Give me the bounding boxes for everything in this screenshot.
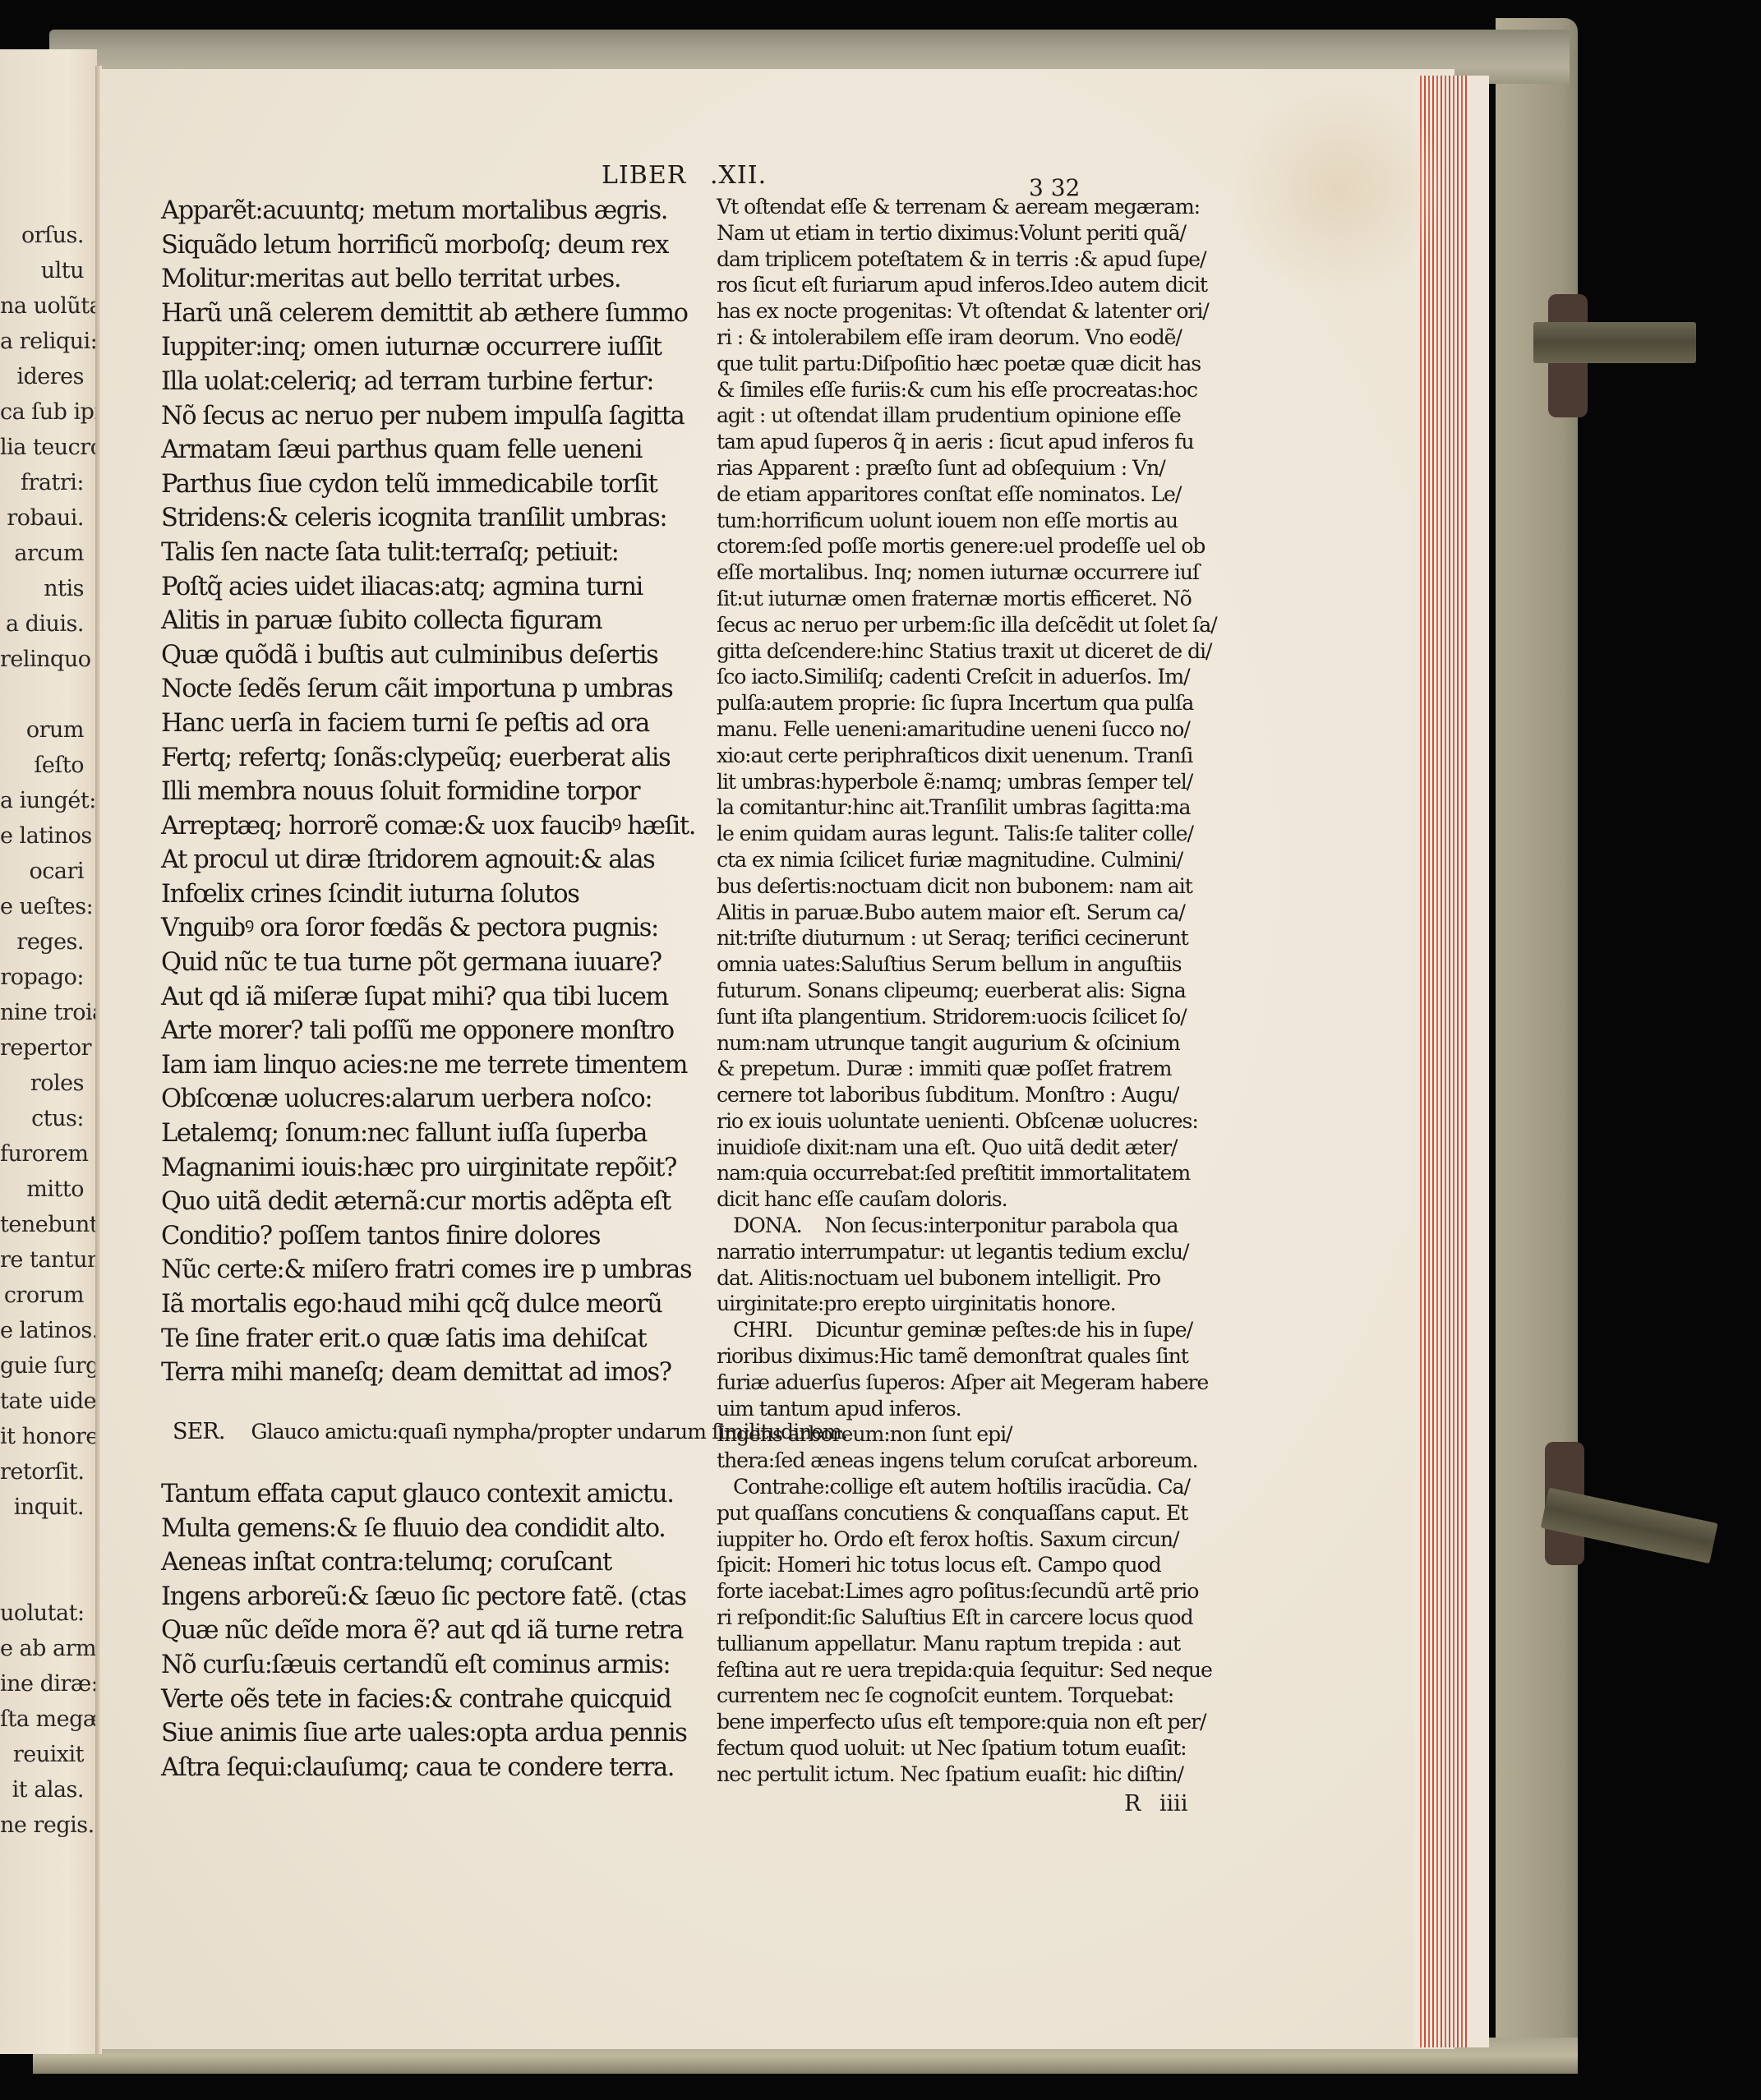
commentary-line: de etiam apparitores conſtat eſſe nomina… (717, 481, 1210, 508)
left-facing-page: orſus.ultuna uolũtasa reliqui:ideresca ſ… (0, 49, 97, 2054)
commentary-line: agit : ut oſtendat illam prudentium opin… (717, 403, 1210, 429)
verse-line: Arte morer? tali poſſũ me opponere monſt… (161, 1014, 720, 1048)
left-page-line-fragment: a reliqui: (0, 324, 97, 359)
left-page-line-fragment: ntis (0, 571, 97, 606)
verse-line: Quæ nũc deĩde mora ẽ? aut qd iã turne re… (161, 1614, 720, 1648)
signature-mark: R iiii (1124, 1791, 1187, 1817)
commentary-line: dicit hanc eſſe cauſam doloris. (717, 1186, 1210, 1213)
verse-line: Apparẽt:acuuntq; metum mortalibus ægris. (161, 194, 720, 228)
commentary-line: xio:aut certe periphraſticos dixit uenen… (717, 743, 1210, 769)
left-page-line-fragment: arcum (0, 536, 97, 571)
left-page-line-fragment: guie ſurget (0, 1348, 97, 1384)
donatus-line: narratio interrumpatur: ut legantis tedi… (717, 1239, 1210, 1265)
verse-line: Multa gemens:& ſe fluuio dea condidit al… (161, 1512, 720, 1546)
commentary-line: futurum. Sonans clipeumq; euerberat alis… (717, 978, 1210, 1004)
left-page-line-fragment: repertor (0, 1030, 97, 1066)
left-page-line-fragment: uolutat: (0, 1596, 97, 1631)
commentary-lines-after-servius: Ingens arboreum:non ſunt epi/thera:ſed æ… (717, 1421, 1210, 1787)
commentary-line: ri : & intolerabilem eſſe iram deorum. V… (717, 325, 1210, 351)
verse-line: Nõ curſu:ſæuis certandũ eſt cominus armi… (161, 1648, 720, 1683)
commentary-line: le enim quidam auras legunt. Talis:ſe ta… (717, 821, 1210, 847)
left-page-line-fragment: mitto (0, 1172, 97, 1207)
verse-line: Nocte ſedẽs ſerum cãit importuna p umbra… (161, 672, 720, 707)
commentary-line: inuidioſe dixit:nam una eſt. Quo uitã de… (717, 1135, 1210, 1161)
verse-line: Arreptæq; horrorẽ comæ:& uox faucibꝰ hæſ… (161, 809, 720, 844)
left-page-line-fragment: ocari (0, 854, 97, 889)
commentary-line: gitta deſcendere:hinc Statius traxit ut … (717, 638, 1210, 665)
verse-line: Alitis in paruæ ſubito collecta figuram (161, 604, 720, 638)
left-page-line-fragment: tenebunt: (0, 1207, 97, 1242)
commentary-line: pulſa:autem proprie: ſic ſupra Incertum … (717, 690, 1210, 716)
left-page-line-fragment: e ab armis. (0, 1631, 97, 1666)
left-page-line-fragment: orum (0, 712, 97, 748)
verse-line: Quo uitã dedit æternã:cur mortis adẽpta … (161, 1185, 720, 1219)
commentary-line: ſpicit: Homeri hic totus locus eſt. Camp… (717, 1552, 1210, 1578)
christophorus-line: furiæ aduerſus ſuperos: Aſper ait Megera… (717, 1370, 1210, 1396)
commentary-line: cta ex nimia ſcilicet furiæ magnitudine.… (717, 847, 1210, 873)
commentary-line: iuppiter ho. Ordo eſt ferox hoſtis. Saxu… (717, 1527, 1210, 1553)
left-page-line-fragment (0, 1560, 97, 1596)
commentary-line: bus deſertis:noctuam dicit non bubonem: … (717, 873, 1210, 900)
verse-line: Aeneas inſtat contra:telumq; coruſcant (161, 1545, 720, 1580)
commentary-line: ſit:ut iuturnæ omen fraternæ mortis effi… (717, 586, 1210, 612)
left-page-line-fragment: it alas. (0, 1772, 97, 1808)
clasp-icon-upper (1533, 322, 1696, 363)
verse-line: Iam iam linquo acies:ne me terrete timen… (161, 1048, 720, 1083)
left-page-line-fragment: ine diræ: (0, 1666, 97, 1702)
verse-line: Aſtra ſequi:clauſumq; caua te condere te… (161, 1751, 720, 1785)
commentary-line: fectum quod uoluit: ut Nec ſpatium totum… (717, 1735, 1210, 1762)
left-page-line-fragment: nine troia. (0, 995, 97, 1030)
verse-line: Parthus ſiue cydon telũ immedicabile tor… (161, 467, 720, 502)
verse-line: Illa uolat:celeriq; ad terram turbine fe… (161, 365, 720, 399)
commentary-line: ctorem:ſed poſſe mortis genere:uel prode… (717, 533, 1210, 560)
verse-line: At procul ut diræ ſtridorem agnouit:& al… (161, 843, 720, 877)
verse-line: Obſcœnæ uolucres:alarum uerbera noſco: (161, 1082, 720, 1117)
commentary-line: tullianum appellatur. Manu raptum trepid… (717, 1631, 1210, 1657)
christophorus-note-first-line: CHRI. Dicuntur geminæ peſtes:de his in ſ… (717, 1317, 1210, 1343)
commentary-line: eſſe mortalibus. Inq; nomen iuturnæ occu… (717, 560, 1210, 586)
commentary-line: forte iacebat:Limes agro poſitus:ſecundũ… (717, 1578, 1210, 1605)
left-page-line-fragment: ctus: (0, 1101, 97, 1136)
running-head-liber: LIBER (602, 161, 686, 190)
commentary-line: ſco iacto.Similiſq; cadenti Creſcit in a… (717, 664, 1210, 690)
left-page-line-fragment: roles (0, 1066, 97, 1101)
verse-line: Letalemq; ſonum:nec fallunt iuſſa ſuperb… (161, 1117, 720, 1151)
verse-line: Aut qd iã miſeræ ſupat mihi? qua tibi lu… (161, 980, 720, 1015)
commentary-line: tum:horrificum uolunt iouem non eſſe mor… (717, 508, 1210, 534)
commentary-line: feſtina aut re uera trepida:quia ſequitu… (717, 1657, 1210, 1683)
commentary-line: nec pertulit ictum. Nec ſpatium euaſit: … (717, 1762, 1210, 1788)
left-page-line-fragment: e ueſtes: (0, 889, 97, 924)
verse-line: Quæ quõdã i buſtis aut culminibus deſert… (161, 638, 720, 673)
verse-line: Siquãdo letum horrificũ morboſq; deum re… (161, 228, 720, 263)
left-page-line-fragment (0, 1525, 97, 1560)
left-page-line-fragment: furorem (0, 1136, 97, 1172)
commentary-line: dam triplicem poteſtatem & in terris :& … (717, 246, 1210, 273)
commentary-line: nit:triſte diuturnum : ut Seraq; terific… (717, 925, 1210, 951)
verse-line: Iuppiter:inq; omen iuturnæ occurrere iuſ… (161, 330, 720, 365)
verse-lines-part1: Apparẽt:acuuntq; metum mortalibus ægris.… (161, 194, 720, 1390)
commentary-line: Nam ut etiam in tertio diximus:Volunt pe… (717, 220, 1210, 246)
commentary-line: lit umbras:hyperbole ẽ:namq; umbras ſemp… (717, 769, 1210, 795)
left-page-line-fragment: e latinos (0, 818, 97, 854)
commentary-line: omnia uates:Saluſtius Serum bellum in an… (717, 951, 1210, 978)
verse-line: Stridens:& celeris icognita tranſilit um… (161, 501, 720, 536)
verse-line: Quid nũc te tua turne põt germana iuuare… (161, 946, 720, 980)
donatus-label: DONA. (733, 1213, 802, 1237)
commentary-line: ros ſicut eſt furiarum apud inferos.Ideo… (717, 272, 1210, 298)
commentary-line: Vt oſtendat eſſe & terrenam & aeream meg… (717, 194, 1210, 220)
verse-line: Infœlix crines ſcindit iuturna ſolutos (161, 877, 720, 912)
verse-line: Nõ ſecus ac neruo per nubem impulſa ſagi… (161, 399, 720, 434)
commentary-line: nam:quia occurrebat:ſed preſtitit immort… (717, 1160, 1210, 1186)
left-page-line-fragment (0, 677, 97, 712)
verse-line: Conditio? poſſem tantos finire dolores (161, 1219, 720, 1254)
left-page-text-fragments: orſus.ultuna uolũtasa reliqui:ideresca ſ… (0, 218, 97, 1843)
verse-line: Verte oẽs tete in facies:& contrahe quic… (161, 1683, 720, 1717)
verse-line: Ingens arboreũ:& ſæuo ſic pectore fatẽ. … (161, 1580, 720, 1614)
left-page-line-fragment: na uolũtas (0, 288, 97, 324)
commentary-line: num:nam utrunque tangit augurium & oſcin… (717, 1030, 1210, 1057)
left-page-line-fragment: relinquo (0, 642, 97, 677)
commentary-line: has ex nocte progenitas: Vt oſtendat & l… (717, 298, 1210, 325)
verse-line: Fertq; refertq; ſonãs:clypeũq; euerberat… (161, 741, 720, 776)
commentary-line: tam apud ſuperos q̃ in aeris : ſicut apu… (717, 429, 1210, 455)
verse-line: Te ſine frater erit.o quæ ſatis ima dehi… (161, 1322, 720, 1356)
left-page-line-fragment: lia teucros. (0, 430, 97, 465)
left-page-line-fragment: ideres (0, 359, 97, 394)
commentary-line: Alitis in paruæ.Bubo autem maior eſt. Se… (717, 900, 1210, 926)
verse-column-continued: Tantum effata caput glauco contexit amic… (161, 1477, 720, 1785)
verse-column: Apparẽt:acuuntq; metum mortalibus ægris.… (161, 194, 720, 1390)
left-page-line-fragment: crorum (0, 1278, 97, 1313)
left-page-line-fragment: a diuis. (0, 606, 97, 642)
commentary-line: rio ex iouis uoluntate uenienti. Obſcenæ… (717, 1108, 1210, 1135)
commentary-line: bene imperfecto uſus eſt tempore:quia no… (717, 1709, 1210, 1735)
donatus-line: uirginitate:pro erepto uirginitatis hono… (717, 1291, 1210, 1317)
left-page-line-fragment: inquit. (0, 1490, 97, 1525)
left-page-line-fragment: a iungét: (0, 783, 97, 818)
verse-line: Molitur:meritas aut bello territat urbes… (161, 262, 720, 297)
commentary-line: rias Apparent : præſto ſunt ad obſequium… (717, 455, 1210, 481)
left-page-line-fragment: ropago: (0, 960, 97, 995)
verse-line: Illi membra nouus ſoluit formidine torpo… (161, 775, 720, 809)
commentary-line: que tulit partu:Diſpoſitio hæc poetæ quæ… (717, 351, 1210, 377)
verse-line: Hanc uerſa in faciem turni ſe peſtis ad … (161, 707, 720, 741)
commentary-line: ri reſpondit:ſic Saluſtius Eſt in carcer… (717, 1605, 1210, 1631)
servius-label: SER. (173, 1419, 225, 1444)
verse-line: Iã mortalis ego:haud mihi qcq̃ dulce meo… (161, 1287, 720, 1322)
commentary-line: cernere tot laboribus ſubditum. Monſtro … (717, 1082, 1210, 1108)
commentary-line: put quaſſans concutiens & conquaſſans ca… (717, 1500, 1210, 1527)
left-page-line-fragment: robaui. (0, 500, 97, 536)
verse-line: Poſtq̃ acies uidet iliacas:atq; agmina t… (161, 570, 720, 605)
verse-line: Tantum effata caput glauco contexit amic… (161, 1477, 720, 1512)
verse-line: Talis ſen nacte ſata tulit:terraſq; peti… (161, 536, 720, 570)
christophorus-line: rioribus diximus:Hic tamẽ demonſtrat qua… (717, 1343, 1210, 1370)
left-page-line-fragment: ſeſto (0, 748, 97, 783)
commentary-line: currentem nec ſe cognoſcit euntem. Torqu… (717, 1683, 1210, 1709)
commentary-column: Vt oſtendat eſſe & terrenam & aeream meg… (717, 194, 1210, 1788)
left-page-line-fragment: re tantum (0, 1242, 97, 1278)
commentary-line: Ingens arboreum:non ſunt epi/ (717, 1421, 1210, 1448)
commentary-line: & prepetum. Duræ : immiti quæ poſſet fra… (717, 1056, 1210, 1082)
left-page-line-fragment: e latinos. (0, 1313, 97, 1348)
verse-lines-part2: Tantum effata caput glauco contexit amic… (161, 1477, 720, 1785)
left-page-line-fragment: orſus. (0, 218, 97, 253)
left-page-line-fragment: reges. (0, 924, 97, 960)
christophorus-label: CHRI. (733, 1318, 793, 1342)
fore-edge (1413, 76, 1489, 2047)
commentary-line: thera:ſed æneas ingens telum coruſcat ar… (717, 1448, 1210, 1474)
commentary-line: manu. Felle ueneni:amaritudine ueneni ſu… (717, 716, 1210, 743)
left-page-line-fragment: ne regis. (0, 1808, 97, 1843)
commentary-line: Contrahe:collige eſt autem hoſtilis irac… (717, 1474, 1210, 1500)
left-page-line-fragment: fratri: (0, 465, 97, 500)
verse-line: Siue animis ſiue arte uales:opta ardua p… (161, 1716, 720, 1751)
verse-line: Magnanimi iouis:hæc pro uirginitate repõ… (161, 1151, 720, 1186)
red-sprinkled-edge (1420, 76, 1469, 2047)
verse-line: Vnguibꝰ ora ſoror fœdãs & pectora pugnis… (161, 911, 720, 946)
commentary-line: & ſimiles eſſe furiis:& cum his eſſe pro… (717, 377, 1210, 403)
christophorus-text: Dicuntur geminæ peſtes:de his in ſupe/ (815, 1318, 1192, 1342)
donatus-line: dat. Alitis:noctuam uel bubonem intellig… (717, 1265, 1210, 1292)
left-page-line-fragment: ultu (0, 253, 97, 288)
christophorus-line: uim tantum apud inferos. (717, 1396, 1210, 1422)
left-page-line-fragment: tate uidebis (0, 1384, 97, 1419)
verse-line: Nũc certe:& miſero fratri comes ire p um… (161, 1253, 720, 1287)
commentary-lines: Vt oſtendat eſſe & terrenam & aeream meg… (717, 194, 1210, 1213)
left-page-line-fragment: retorſit. (0, 1454, 97, 1490)
left-page-line-fragment: reuixit (0, 1737, 97, 1772)
commentary-line: la comitantur:hinc ait.Tranſilit umbras … (717, 794, 1210, 821)
running-head-book-number: .XII. (710, 161, 767, 190)
verse-line: Harũ unã celerem demittit ab æthere ſumm… (161, 297, 720, 331)
water-stain (1233, 82, 1446, 296)
left-page-line-fragment: ſta megærã (0, 1702, 97, 1737)
left-page-line-fragment: it honores (0, 1419, 97, 1454)
commentary-line: ſecus ac neruo per urbem:ſic illa deſcẽd… (717, 612, 1210, 638)
verse-line: Armatam ſæui parthus quam felle ueneni (161, 433, 720, 467)
donatus-note-first-line: DONA. Non ſecus:interponitur parabola qu… (717, 1213, 1210, 1239)
verse-line: Terra mihi maneſq; deam demittat ad imos… (161, 1356, 720, 1390)
donatus-text: Non ſecus:interponitur parabola qua (824, 1213, 1178, 1237)
commentary-line: ſunt iſta plangentium. Stridorem:uocis ſ… (717, 1004, 1210, 1030)
left-page-line-fragment: ca ſub ipſa (0, 394, 97, 430)
